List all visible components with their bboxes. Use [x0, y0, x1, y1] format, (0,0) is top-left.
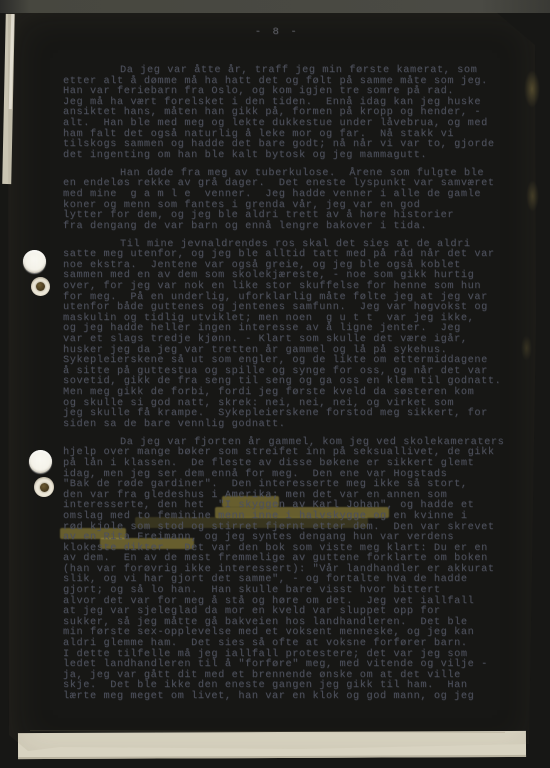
paragraph-2: Han døde fra meg av tuberkulose. Årene s… — [63, 169, 541, 233]
page-number: - 8 - — [222, 26, 332, 38]
punch-hole — [31, 277, 50, 296]
scanned-page-canvas: - 8 - Da jeg var åtte år, traff jeg min … — [0, 0, 550, 768]
punch-hole-center — [40, 483, 49, 492]
punch-hole — [29, 450, 52, 473]
typewritten-text-block: Da jeg var åtte år, traff jeg min første… — [63, 66, 541, 710]
punch-hole — [23, 250, 46, 273]
scanner-background-band — [0, 0, 550, 13]
paragraph-4: Da jeg var fjorten år gammel, kom jeg ve… — [63, 438, 541, 703]
punch-hole — [34, 477, 54, 497]
paragraph-3: Til mine jevnaldrendes ros skal det sies… — [63, 240, 541, 431]
punch-hole-center — [36, 282, 45, 291]
paragraph-1: Da jeg var åtte år, traff jeg min første… — [63, 66, 541, 161]
